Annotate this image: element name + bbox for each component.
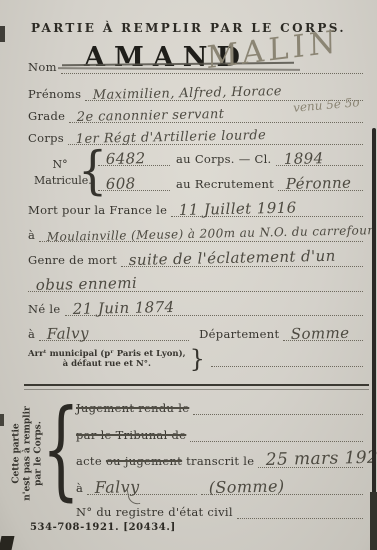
acte-date-value: 25 mars 1920 [266, 447, 377, 470]
acte-lieu-dept-line: (Somme) [201, 480, 363, 495]
genre-mort-value1: suite de l'éclatement d'un [129, 247, 336, 269]
matricule-corps-label: au Corps. — Cl. [176, 152, 272, 166]
field-matricule-recrutement: 608 au Recrutement Péronne [98, 176, 363, 191]
acte-lieu-dept-value: (Somme) [209, 476, 285, 497]
matricule-place-line: Péronne [278, 176, 363, 191]
genre-mort-line1: suite de l'éclatement d'un [121, 252, 363, 267]
scan-edge-mark [0, 536, 14, 550]
arrondissement-label-line1: Arrᵗ municipal (pʳ Paris et Lyon), [28, 349, 186, 359]
scan-edge-mark [0, 26, 5, 42]
lieu-mort-label: à [28, 228, 35, 242]
field-genre-mort-cont: obus ennemi [28, 277, 363, 292]
field-matricule-corps: 6482 au Corps. — Cl. 1894 [98, 151, 363, 166]
jugement-line [193, 400, 363, 415]
naissance-value: 21 Juin 1874 [72, 298, 174, 318]
field-acte-lieu: à Falvy (Somme) [76, 480, 363, 495]
registre-line [237, 504, 363, 519]
field-lieu-mort: à Moulainville (Meuse) à 200m au N.O. du… [28, 227, 363, 242]
print-reference: 534-708-1921. [20434.] [30, 522, 176, 533]
prenoms-label: Prénoms [28, 87, 81, 101]
mort-label: Mort pour la France le [28, 203, 167, 217]
binding-edge-shadow [370, 492, 377, 550]
prenoms-value: Maximilien, Alfred, Horace [93, 84, 282, 103]
field-tribunal: par le Tribunal de [76, 427, 363, 442]
jugement-label: Jugement rendu le [76, 401, 189, 415]
side-note-line1: Cette partie [12, 394, 23, 514]
corps-line: 1er Régt d'Artillerie lourde [68, 130, 363, 145]
tribunal-label: par le Tribunal de [76, 428, 186, 442]
grade-label: Grade [28, 109, 65, 123]
mort-date-value: 11 Juillet 1916 [179, 199, 297, 219]
field-mort: Mort pour la France le 11 Juillet 1916 [28, 202, 363, 217]
naissance-line: 21 Juin 1874 [65, 301, 363, 316]
registre-label: N° du registre d'état civil [76, 505, 233, 519]
acte-lieu-line: Falvy [87, 480, 197, 495]
acte-label-struck: ou jugement [106, 454, 182, 468]
field-arrondissement: Arrᵗ municipal (pʳ Paris et Lyon), à déf… [28, 349, 363, 369]
acte-lieu-label: à [76, 481, 83, 495]
matricule-recrutement-number: 608 [106, 174, 136, 193]
matricule-classe-value: 1894 [283, 149, 323, 168]
scan-edge-mark [0, 414, 4, 426]
genre-mort-label: Genre de mort [28, 253, 117, 267]
arrondissement-label-line2: à défaut rue et N°. [28, 359, 186, 369]
matricule-corps-line: 6482 [98, 151, 170, 166]
field-registre: N° du registre d'état civil [76, 504, 363, 519]
lieu-mort-value: Moulainville (Meuse) à 200m au N.O. du c… [47, 222, 377, 244]
field-naissance: Né le 21 Juin 1874 [28, 301, 363, 316]
matricule-classe-line: 1894 [276, 151, 363, 166]
side-note-line2: n'est pas à remplir [23, 394, 34, 514]
field-lieu-naissance: à Falvy Département Somme [28, 326, 363, 341]
lieu-naissance-value: Falvy [47, 324, 89, 343]
acte-date-line: 25 mars 1920 [258, 453, 363, 468]
field-acte-transcrit: acte ou jugement transcrit le 25 mars 19… [76, 453, 363, 468]
arrondissement-line [211, 352, 363, 367]
field-genre-mort: Genre de mort suite de l'éclatement d'un [28, 252, 363, 267]
document-page: PARTIE À REMPLIR PAR LE CORPS. Nom AMAND… [0, 0, 377, 550]
bottom-section-brace: { [42, 393, 80, 506]
departement-line: Somme [283, 326, 363, 341]
binding-edge [372, 128, 376, 550]
nom-label: Nom [28, 60, 57, 74]
matricule-recrutement-line: 608 [98, 176, 170, 191]
lieu-naissance-line: Falvy [39, 326, 189, 341]
genre-mort-line2: obus ennemi [28, 277, 363, 292]
section-divider [24, 384, 369, 386]
grade-value: 2e canonnier servant [77, 107, 225, 125]
matricule-recrutement-label: au Recrutement [176, 177, 274, 191]
lieu-mort-line: Moulainville (Meuse) à 200m au N.O. du c… [39, 227, 363, 242]
arrondissement-brace: } [190, 352, 205, 366]
matricule-place-value: Péronne [286, 174, 352, 193]
lieu-naissance-label: à [28, 327, 35, 341]
departement-value: Somme [291, 324, 350, 343]
naissance-label: Né le [28, 302, 61, 316]
side-note: Cette partie n'est pas à remplir par le … [12, 394, 45, 514]
corps-label: Corps [28, 131, 64, 145]
arrondissement-label: Arrᵗ municipal (pʳ Paris et Lyon), à déf… [28, 349, 186, 369]
tribunal-line [190, 427, 363, 442]
mort-line: 11 Juillet 1916 [171, 202, 363, 217]
field-jugement: Jugement rendu le [76, 400, 363, 415]
matricule-corps-number: 6482 [106, 149, 146, 168]
genre-mort-value2: obus ennemi [36, 274, 138, 294]
acte-label-suffix: transcrit le [186, 454, 254, 468]
departement-label: Département [199, 327, 279, 341]
acte-label-prefix: acte [76, 454, 102, 468]
